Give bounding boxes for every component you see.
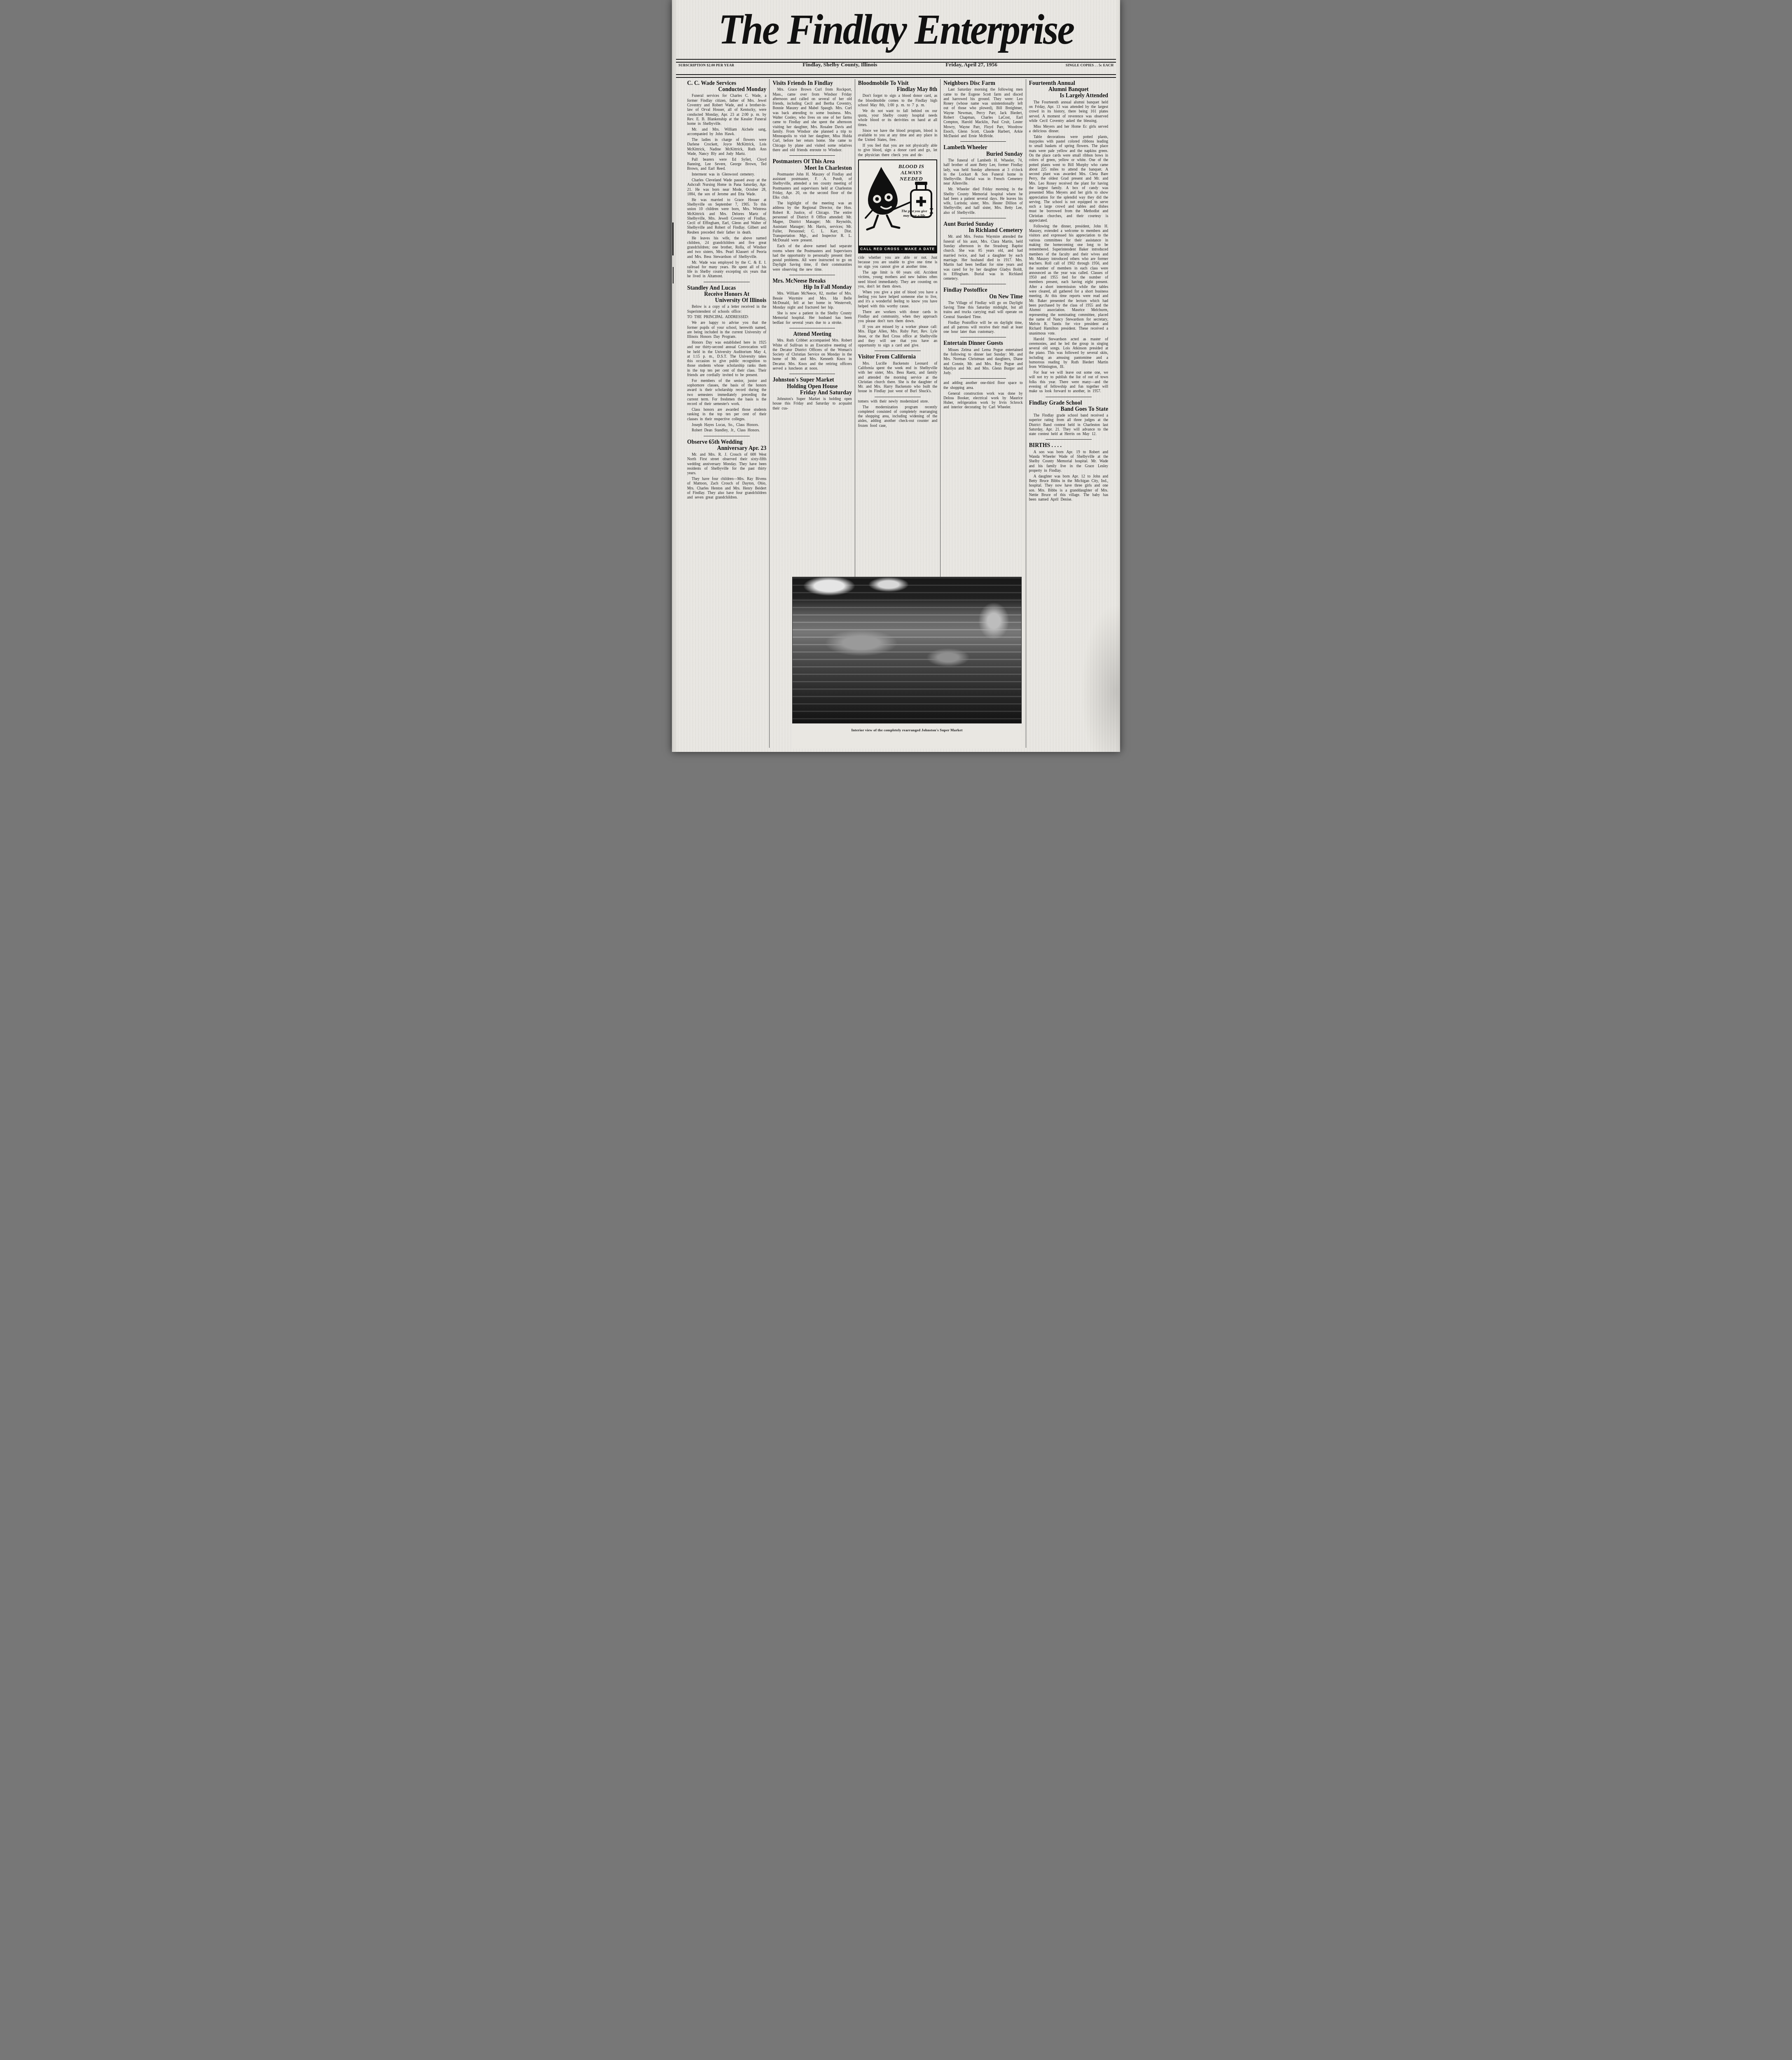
article-paragraph: She is now a patient in the Shelby Count… — [772, 311, 852, 325]
headline-line: Neighbors Disc Farm — [943, 80, 1022, 86]
article-paragraph: There are workers with donor cards in Fi… — [858, 310, 937, 324]
article-separator — [1046, 439, 1092, 440]
article-paragraph: Miss Meyers and her Home Ec girls served… — [1029, 125, 1108, 134]
article-paragraph: A son was born Apr. 19 to Robert and Wan… — [1029, 450, 1108, 473]
article-headline: Lambeth WheelerBuried Sunday — [943, 144, 1022, 157]
article-separator — [789, 374, 835, 374]
article: Bloodmobile To VisitFindlay May 8thDon't… — [858, 80, 937, 348]
article-paragraph: Mrs. Ruth Cribbet accompanied Mrs. Rober… — [772, 339, 852, 371]
article-paragraph: We are happy to advise you that the form… — [687, 321, 766, 339]
article-paragraph: If you are missed by a worker please cal… — [858, 325, 937, 348]
article-paragraph: Following the dinner, president, John H.… — [1029, 225, 1108, 336]
masthead: The Findlay Enterprise — [672, 0, 1120, 48]
headline-line: University Of Illinois — [687, 297, 766, 303]
photo-caption: Interior view of the completely rearrang… — [792, 728, 1022, 732]
article-separator — [960, 218, 1006, 218]
article-paragraph: Since we have the blood program, blood i… — [858, 129, 937, 143]
article-paragraph: Table decorations were potted plants, ma… — [1029, 135, 1108, 224]
headline-line: Fourteenth Annual — [1029, 80, 1108, 86]
headline-line: Hip In Fall Monday — [772, 284, 852, 290]
article-headline: Postmasters Of This AreaMeet In Charlest… — [772, 158, 852, 171]
article-paragraph: The highlight of the meeting was an addr… — [772, 201, 852, 243]
article-paragraph: TO THE PRINCIPAL ADDRESSED: — [687, 315, 766, 320]
headline-line: Visits Friends In Findlay — [772, 80, 852, 86]
article-paragraph: Mrs. Lucille Backensto Leonard of Califo… — [858, 362, 937, 394]
headline-line: C. C. Wade Services — [687, 80, 766, 86]
article-separator — [1046, 397, 1092, 397]
scan-artifact — [673, 267, 674, 283]
headline-line: Band Goes To State — [1029, 406, 1108, 412]
blood-drop-character-icon — [860, 164, 937, 234]
article-paragraph: The ladies in charge of flowers were Dar… — [687, 138, 766, 157]
article-separator — [875, 351, 921, 351]
headline-line: On New Time — [943, 293, 1022, 300]
article: Findlay Grade SchoolBand Goes To StateTh… — [1029, 400, 1108, 437]
article: Johnston's Super MarketHolding Open Hous… — [772, 377, 852, 411]
scan-artifact — [672, 222, 674, 255]
publication-date: Friday, April 27, 1956 — [945, 61, 997, 68]
headline-line: Meet In Charleston — [772, 165, 852, 171]
article-paragraph: tomers with their newly modernized store… — [858, 400, 937, 404]
article-paragraph: General construction work was done by De… — [943, 392, 1022, 410]
article: BIRTHS . . . .A son was born Apr. 19 to … — [1029, 442, 1108, 502]
article: Fourteenth AnnualAlumni BanquetIs Largel… — [1029, 80, 1108, 394]
article-paragraph: Harold Stewardson acted as master of cer… — [1029, 337, 1108, 370]
article-separator — [789, 328, 835, 328]
article: Visitor From CaliforniaMrs. Lucille Back… — [858, 353, 937, 394]
headline-line: Conducted Monday — [687, 86, 766, 92]
article-paragraph: Class honors are awarded those students … — [687, 408, 766, 422]
article-headline: Bloodmobile To VisitFindlay May 8th — [858, 80, 937, 92]
headline-line: Johnston's Super Market — [772, 377, 852, 383]
article-separator — [960, 378, 1006, 379]
article-headline: Findlay Grade SchoolBand Goes To State — [1029, 400, 1108, 412]
article-paragraph: The Fourteenth annual alumni banquet hel… — [1029, 101, 1108, 124]
article: Mrs. McNeese BreaksHip In Fall MondayMrs… — [772, 278, 852, 325]
column: C. C. Wade ServicesConducted MondayFuner… — [684, 79, 769, 748]
article-paragraph: Charles Cleveland Wade passed away at th… — [687, 178, 766, 197]
headline-line: Findlay May 8th — [858, 86, 937, 92]
headline-line: Observe 65th Wedding — [687, 439, 766, 445]
article-paragraph: Johnston's Super Market is holding open … — [772, 397, 852, 411]
photo-block: Interior view of the completely rearrang… — [792, 577, 1022, 749]
article-paragraph: If you feel that you are not physically … — [858, 144, 937, 158]
article-headline: Johnston's Super MarketHolding Open Hous… — [772, 377, 852, 396]
article-paragraph: Below is a copy of a letter received in … — [687, 305, 766, 314]
dateline: SUBSCRIPTION $2.00 PER YEAR Findlay, She… — [678, 61, 1114, 68]
article-headline: Attend Meeting — [772, 331, 852, 337]
headline-line: Lambeth Wheeler — [943, 144, 1022, 150]
article-paragraph: They have four children—Mrs. Ray Bivens … — [687, 477, 766, 500]
article-paragraph: We do not want to fall behind on our quo… — [858, 109, 937, 128]
article-paragraph: and adding another one-third floor space… — [943, 381, 1022, 391]
article-paragraph: For members of the senior, junior and so… — [687, 379, 766, 407]
article-headline: Mrs. McNeese BreaksHip In Fall Monday — [772, 278, 852, 290]
ad-footer: CALL RED CROSS - MAKE A DATE — [859, 246, 936, 253]
article-separator — [704, 282, 750, 282]
headline-line: Anniversary Apr. 23 — [687, 445, 766, 451]
article: and adding another one-third floor space… — [943, 381, 1022, 410]
blood-drive-ad: BLOOD IS ALWAYS NEEDED The pint you give… — [858, 159, 937, 253]
article-paragraph: Findlay Postoffice will be on daylight t… — [943, 321, 1022, 335]
article-paragraph: The Village of Findlay will go on Daylig… — [943, 301, 1022, 320]
article-paragraph: Joseph Hayes Lucas, So., Class Honors. — [687, 423, 766, 428]
headline-line: Visitor From California — [858, 353, 937, 360]
headline-line: In Richland Cemetery — [943, 227, 1022, 233]
article-headline: Entertain Dinner Guests — [943, 340, 1022, 346]
article-headline: C. C. Wade ServicesConducted Monday — [687, 80, 766, 92]
publication-location: Findlay, Shelby County, Illinois — [802, 61, 877, 68]
article-paragraph: Don't forget to sign a blood donor card,… — [858, 94, 937, 108]
article: Findlay PostofficeOn New TimeThe Village… — [943, 287, 1022, 335]
article: Aunt Buried SundayIn Richland CemeteryMr… — [943, 221, 1022, 281]
masthead-rule-bottom — [676, 74, 1116, 78]
headline-line: Bloodmobile To Visit — [858, 80, 937, 86]
article-paragraph: For fear we will leave out some one, we … — [1029, 371, 1108, 394]
article-separator — [960, 141, 1006, 142]
headline-line: Holding Open House — [772, 383, 852, 389]
article-paragraph: Pall bearers were Ed Syfert, Cloyd Banni… — [687, 158, 766, 172]
headline-line: Buried Sunday — [943, 151, 1022, 157]
article-paragraph: The age limit is 60 years old. Accident … — [858, 271, 937, 289]
article-separator — [789, 155, 835, 156]
newspaper-page: The Findlay Enterprise SUBSCRIPTION $2.0… — [672, 0, 1120, 752]
article-headline: Neighbors Disc Farm — [943, 80, 1022, 86]
article: tomers with their newly modernized store… — [858, 400, 937, 428]
article-paragraph: The funeral of Lambeth H. Wheeler, 74, h… — [943, 159, 1022, 187]
headline-line: Findlay Grade School — [1029, 400, 1108, 406]
column: Fourteenth AnnualAlumni BanquetIs Largel… — [1026, 79, 1111, 748]
article-headline: Standley And LucasReceive Honors AtUnive… — [687, 285, 766, 304]
article-headline: BIRTHS . . . . — [1029, 442, 1108, 448]
article-paragraph: He leaves his wife, the above named chil… — [687, 236, 766, 260]
article-headline: Findlay PostofficeOn New Time — [943, 287, 1022, 299]
article-paragraph: The modernization program recently compl… — [858, 405, 937, 428]
article: Lambeth WheelerBuried SundayThe funeral … — [943, 144, 1022, 215]
article: Observe 65th WeddingAnniversary Apr. 23M… — [687, 439, 766, 501]
subscription-price: SUBSCRIPTION $2.00 PER YEAR — [678, 63, 734, 67]
single-copy-price: SINGLE COPIES . . 5c EACH — [1066, 63, 1114, 67]
article: Neighbors Disc FarmLast Saturday morning… — [943, 80, 1022, 139]
article-paragraph: Interment was in Glenwood cemetery. — [687, 173, 766, 177]
headline-line: BIRTHS . . . . — [1029, 442, 1108, 448]
paper-title: The Findlay Enterprise — [672, 0, 1120, 51]
headline-line: Mrs. McNeese Breaks — [772, 278, 852, 284]
article-headline: Visitor From California — [858, 353, 937, 360]
article-paragraph: Last Saturday morning the following men … — [943, 88, 1022, 139]
article-paragraph: Mr. and Mrs. Festus Waymire attended the… — [943, 235, 1022, 281]
headline-line: Aunt Buried Sunday — [943, 221, 1022, 227]
headline-line: Postmasters Of This Area — [772, 158, 852, 164]
article-paragraph: Mr. Wade was employed by the C. & E. I. … — [687, 261, 766, 279]
article: Postmasters Of This AreaMeet In Charlest… — [772, 158, 852, 272]
article-paragraph: Robert Dean Standley, Jr., Class Honors. — [687, 428, 766, 433]
article-paragraph: Honors Day was established here in 1925 … — [687, 341, 766, 378]
article-paragraph: When you give a pint of blood you have a… — [858, 290, 937, 309]
article-paragraph: Misses Zelma and Lema Pogue entertained … — [943, 348, 1022, 376]
article-paragraph: Mr. and Mrs. William Aichele sang, accom… — [687, 128, 766, 137]
article: Visits Friends In FindlayMrs. Grace Brow… — [772, 80, 852, 153]
article: Attend MeetingMrs. Ruth Cribbet accompan… — [772, 331, 852, 371]
article-paragraph: Mrs. Grace Brown Curl from Rockport, Mas… — [772, 88, 852, 153]
article: C. C. Wade ServicesConducted MondayFuner… — [687, 80, 766, 279]
article-paragraph: Mr. Wheeler died Friday morning in the S… — [943, 187, 1022, 215]
article-separator — [875, 397, 921, 397]
headline-line: Alumni Banquet — [1029, 86, 1108, 92]
article-paragraph: Mrs. William McNeece, 82, mother of Mrs.… — [772, 292, 852, 310]
article-paragraph: Mr. and Mrs. R. J. Crouch of 608 West No… — [687, 453, 766, 476]
headline-line: Attend Meeting — [772, 331, 852, 337]
ad-tagline: The pint you give may save a life — [898, 209, 931, 218]
supermarket-interior-photo — [792, 577, 1022, 723]
article: Entertain Dinner GuestsMisses Zelma and … — [943, 340, 1022, 376]
article-headline: Visits Friends In Findlay — [772, 80, 852, 86]
article-paragraph: Each of the above named had separate roo… — [772, 244, 852, 272]
headline-line: Receive Honors At — [687, 291, 766, 297]
article-headline: Aunt Buried SundayIn Richland Cemetery — [943, 221, 1022, 233]
headline-line: Standley And Lucas — [687, 285, 766, 291]
article-paragraph: A daughter was born Apr. 12 to John and … — [1029, 475, 1108, 503]
headline-line: Findlay Postoffice — [943, 287, 1022, 293]
article-separator — [789, 275, 835, 275]
article-separator — [960, 284, 1006, 284]
article-paragraph: The Findlay grade school band received a… — [1029, 414, 1108, 437]
article-paragraph: Postmaster John H. Mauzey of Findlay and… — [772, 173, 852, 201]
article-paragraph: He was married to Grace Houser at Shelby… — [687, 198, 766, 235]
headline-line: Entertain Dinner Guests — [943, 340, 1022, 346]
headline-line: Is Largely Attended — [1029, 92, 1108, 98]
article-headline: Observe 65th WeddingAnniversary Apr. 23 — [687, 439, 766, 451]
article-paragraph: cide whether you are able or not. Just b… — [858, 256, 937, 270]
headline-line: Friday And Saturday — [772, 389, 852, 396]
article-paragraph: Funeral services for Charles C. Wade, a … — [687, 94, 766, 126]
article: Standley And LucasReceive Honors AtUnive… — [687, 285, 766, 433]
article-separator — [704, 436, 750, 436]
article-headline: Fourteenth AnnualAlumni BanquetIs Largel… — [1029, 80, 1108, 99]
article-separator — [960, 337, 1006, 337]
